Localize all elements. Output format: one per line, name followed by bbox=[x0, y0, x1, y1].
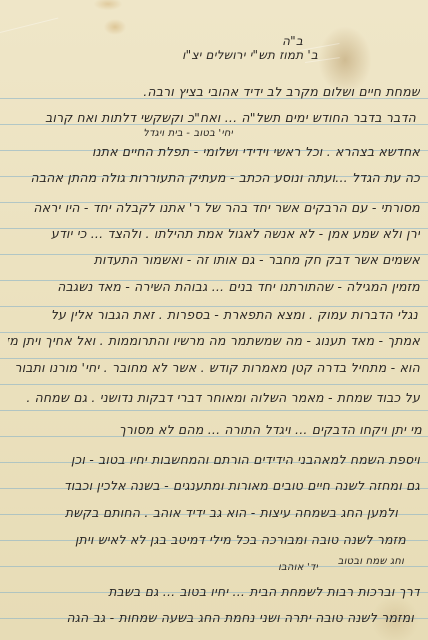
letter-line: ולמען החג בשמחה עיצות - הוא גב ידיד אוהב… bbox=[8, 505, 398, 520]
ruled-line bbox=[0, 410, 428, 411]
letter-line: על כבוד שמחת - מאמר השלוה ומאוחר דברי דב… bbox=[8, 390, 420, 405]
letter-line: דרך וברכות רבות לשמחת הבית ... יחיו בטוב… bbox=[8, 584, 420, 599]
letter-header-bh: ב"ה bbox=[8, 34, 303, 48]
letter-line: נגלי הדברות עמוק . ומצא התפארת - בספרות … bbox=[16, 307, 418, 322]
letter-line: מזמר לשנה טובה ומבורכה בכל מילי דמיטב בג… bbox=[8, 532, 406, 547]
letter-line: ירן ולא שמע אמן - לא אנשה לאגול אמת תהיל… bbox=[8, 226, 420, 241]
letter-line: ויספת השמח למאהבני הידידים הורתם והמחשבו… bbox=[8, 452, 420, 467]
letter-header-date: ב' תמוז תש"י ירושלים יצ"ו bbox=[100, 48, 318, 62]
letter-line-insert: יחי' בטוב - בית ויגדל יצ"ו bbox=[140, 128, 233, 139]
letter-page: ב"ה ב' תמוז תש"י ירושלים יצ"ו שמחת חיים … bbox=[0, 0, 428, 640]
letter-line: מסורתי - עם הרבקים אשר יחד בהר של ר' אתנ… bbox=[8, 200, 420, 215]
letter-line: כה עת הגדל ...ועתה ונוסע הכתב - מעתיק הת… bbox=[8, 170, 420, 185]
letter-line: ומזמר לשנה טובה יתרה ושני נחמת החג בשעה … bbox=[8, 610, 414, 625]
ruled-line bbox=[0, 384, 428, 385]
letter-line: אחדשא בצהרא . וכל ראשי וידידי ושלומי - ת… bbox=[8, 144, 420, 159]
letter-line: אשמים אשר דבק חק מחבר - גם אותו זה - ואש… bbox=[36, 252, 420, 267]
paper-crease bbox=[0, 17, 58, 32]
letter-line: מזמין המגילה - שהתורתנו יחד בנים ... גבו… bbox=[8, 279, 420, 294]
ruled-line bbox=[0, 358, 428, 359]
letter-line: אמתך - מאד תענוג - מה שמשתמר מה מרשיו וה… bbox=[8, 333, 420, 348]
letter-line: הדבר בדבר החודש ימים תשל"ה ... ואח"כ וקש… bbox=[8, 110, 416, 125]
letter-line: מי יתן ויקחו הדבקים ... ויגדל התורה ... … bbox=[8, 422, 422, 437]
letter-line: הוא - מתחיל בדרה קטן מאמרות קודש . אשר ל… bbox=[8, 360, 420, 375]
signature: יד' אוהבו bbox=[140, 562, 318, 573]
letter-line: גם ומחזה לשנה חיים טובים מאורות ומתענגים… bbox=[8, 478, 420, 493]
letter-line: שמחת חיים ושלום מקרב לב ידיד אהובי בציץ … bbox=[40, 84, 420, 99]
